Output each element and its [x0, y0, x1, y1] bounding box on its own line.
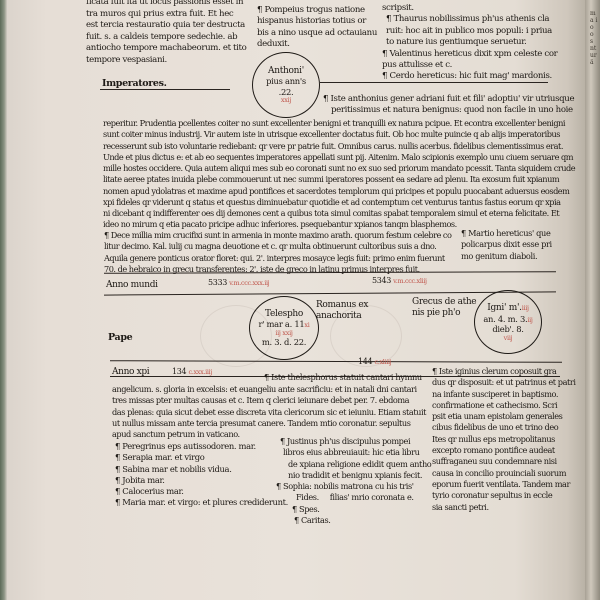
list-item: ¶ Serapia mar. et virgo — [115, 452, 288, 463]
year-value: 5333 — [208, 278, 227, 287]
list-item: ¶ Caritas. — [294, 515, 431, 526]
medallion-rubric: xxij — [281, 97, 291, 104]
text-line: ficata fuit ita ut locus passionis esset… — [86, 0, 247, 9]
medallion-rubric: iij — [527, 316, 532, 324]
text-line: deduxit. — [257, 39, 377, 51]
text-line: ruit: hoc ait in publico mos populi: i p… — [386, 26, 557, 37]
marcion-note: ¶ Martio hereticus' que policarpus dixit… — [461, 228, 552, 262]
antoninus-body: reperitur. Prudentia pcellentes coiter n… — [103, 118, 575, 231]
anno-xpi-rule-top — [110, 360, 562, 363]
text-line: ni dicebant q indifferenter oes dij demo… — [103, 208, 575, 219]
text-line: angelicum. s. gloria in excelsis: et eua… — [112, 384, 426, 395]
text-line: ¶ Iste anthonius gener adriani fuit et f… — [323, 94, 574, 105]
pope-medallion-iginius: Igni' m'.iiij an. 4. m. 3.iij dieb'. 8. … — [474, 290, 542, 354]
imperatores-rule-right — [320, 82, 548, 83]
anno-xpi-year-2: 144 c.xliiij — [358, 356, 391, 368]
martyr-list: ¶ Peregrinus eps autissodoren. mar. ¶ Se… — [115, 441, 288, 509]
text-line: de xpiana religione edidit quem antho — [288, 459, 431, 470]
text-line: fuit. s. a caldeis tempore sedechie. ab — [86, 32, 247, 44]
text-line: to nature ius gentiumque seruetur. — [386, 37, 557, 48]
text-line: ¶ Sophia: nobilis matrona cu his tris' — [276, 481, 431, 492]
medallion-rubric: iij — [275, 329, 280, 337]
text-line: nis pie ph'o — [412, 308, 476, 319]
text-line: Unde et pius dictus e: et ab eo sequente… — [103, 152, 575, 163]
text-line: das plenas: quia sicut debet esse discre… — [112, 407, 426, 418]
text-line: ¶ Justinus ph'us discipulus pompei — [280, 436, 431, 447]
medallion-days: m. 3. d. 22. — [262, 337, 306, 348]
iginius-body: ¶ Iste iginius clerum coposuit gra dus q… — [432, 366, 576, 513]
text-line: est tercia restauratio quia ter destruct… — [86, 20, 247, 32]
text-line: libros eius abbreuiauit: hic etia libru — [283, 447, 431, 458]
medallion-name-line: Igni' m'.iiij — [487, 302, 529, 314]
list-item: ¶ Spes. — [292, 504, 431, 515]
list-item: ¶ Maria mar. et virgo: et plures credide… — [115, 497, 288, 508]
medallion-name: Telespho — [265, 309, 303, 320]
medallion-reign: r' mar a. 11 — [258, 319, 304, 329]
telesphorus-origin-note: Romanus ex anachorita — [316, 300, 368, 321]
medallion-title: pius ann's — [266, 76, 306, 87]
text-line: reperitur. Prudentia pcellentes coiter n… — [103, 118, 575, 129]
medallion-rubric: viij — [504, 335, 513, 342]
year-value: 134 — [172, 367, 186, 376]
text-line: xpi fideles qr viderunt q status et ques… — [103, 197, 575, 208]
text-line: 70. de hebraico in grecu transferentes: … — [104, 264, 451, 275]
text-line: anachorita — [316, 311, 368, 322]
text-line: policarpus dixit esse pri — [461, 239, 552, 250]
list-item: ¶ Jobita mar. — [115, 475, 288, 486]
anno-mundi-year-2: 5343 v.m.ccc.xliij — [372, 275, 427, 287]
text-line: nomen apud ydolatras et maxime apud pont… — [103, 186, 575, 197]
justinus-and-sophia: ¶ Justinus ph'us discipulus pompei libro… — [280, 436, 431, 526]
text-line: scripsit. — [382, 3, 557, 14]
pope-medallion-telesphorus: Telespho r' mar a. 11xi iij xxij m. 3. d… — [249, 296, 319, 360]
text-line: na infante susciperet in baptismo. — [432, 389, 576, 400]
emperor-medallion-antoninus: Anthoni' pius ann's .22. xxij — [252, 52, 320, 118]
left-page-edge — [0, 0, 7, 600]
text-line: antiocho tempore machabeorum. et tito — [86, 43, 247, 55]
text-line: eporum fuerit ventilata. Tandem mar — [432, 479, 576, 490]
book-gutter — [585, 0, 600, 600]
year-value: 5343 — [372, 276, 391, 285]
text-line: Grecus de athe — [412, 297, 476, 308]
top-column-2: rome claret. ¶ Pompeius trogus natione h… — [257, 0, 377, 51]
medallion-name: Anthoni' — [268, 66, 304, 77]
year-value: 144 — [358, 357, 372, 366]
text-line: bis a nino usque ad octauianu — [257, 28, 377, 40]
iginius-origin-note: Grecus de athe nis pie ph'o — [412, 297, 476, 318]
medallion-name: Igni' m'. — [487, 303, 522, 313]
anno-mundi-year-1: 5333 v.m.ccc.xxx.iij — [208, 277, 269, 289]
anno-mundi-label: Anno mundi — [106, 280, 158, 291]
text-line: ut nullus missam ante tercia presumat ca… — [112, 418, 426, 429]
facing-page-text-fragment: ma i o o s nt ur ä — [590, 10, 598, 66]
list-item: ¶ Peregrinus eps autissodoren. mar. — [115, 441, 288, 452]
medallion-rubric-line: iij xxij — [275, 330, 292, 337]
medallion-reign-line: an. 4. m. 3.iij — [483, 314, 532, 325]
text-line: ¶ Iste iginius clerum coposuit gra — [432, 366, 576, 377]
text-line: litur decimo. Kal. iulij cu magna deuoti… — [104, 241, 451, 252]
text-line: ¶ Pompeius trogus natione — [257, 5, 377, 17]
text-line: suffraganeu suu condemnare nisi — [432, 456, 576, 467]
top-column-1: ficata fuit ita ut locus passionis esset… — [86, 0, 247, 67]
text-line: tempore vespasiani. — [86, 55, 247, 67]
imperatores-rule-left — [100, 89, 230, 90]
text-line: pus attulisse et c. — [382, 60, 557, 71]
medallion-rubric: xxij — [282, 329, 292, 337]
year-rubric: v.m.ccc.xxx.iij — [229, 279, 269, 287]
list-item: ¶ Sabina mar et nobilis vidua. — [115, 464, 288, 475]
ten-thousand-martyrs-and-aquila: ¶ Dece millia mim crucifixi sunt in arme… — [104, 230, 451, 276]
medallion-rubric: iiij — [522, 304, 529, 312]
text-line: hispanus historias totius or — [257, 16, 377, 28]
text-line: Romanus ex — [316, 300, 368, 311]
section-heading-imperatores: Imperatores. — [102, 78, 167, 89]
text-line: dus qr disposuit: et ut patrinus et patr… — [432, 377, 576, 388]
medallion-rubric: xi — [304, 321, 309, 329]
text-line: recesserunt sub isto voluntarie redieban… — [103, 141, 575, 152]
list-item: ¶ Calocerius mar. — [115, 486, 288, 497]
text-line: peritissimus et natura benignus: quod no… — [331, 105, 574, 116]
text-line: nio tradidit et benignu xpianis fecit. — [288, 470, 431, 481]
text-line: sunt coiter minus industrij. Vir autem i… — [103, 129, 575, 140]
text-line: tyrio coronatur sepultus in eccle — [432, 490, 576, 501]
top-column-3: scripsit. ¶ Thaurus nobilissimus ph'us a… — [382, 3, 557, 83]
text-line: ¶ Thaurus nobilissimus ph'us athenis cla — [386, 14, 557, 25]
text-line: mille hostes occidere. Quia autem aliqui… — [103, 163, 575, 174]
medallion-reign: an. 4. m. 3. — [483, 314, 527, 324]
text-line: sia sancti petri. — [432, 502, 576, 513]
text-line: Fides. filias' mrio coronata e. — [296, 492, 431, 503]
text-line: tres missas pter multas causas et c. Ite… — [112, 395, 426, 406]
year-rubric: v.m.ccc.xliij — [393, 277, 427, 285]
year-rubric: c.xxx.iiij — [188, 368, 212, 376]
text-line: litate aeree ptates inuida plebe commoue… — [103, 174, 575, 185]
text-line: ¶ Martio hereticus' que — [461, 228, 552, 239]
year-rubric: c.xliiij — [374, 358, 391, 366]
text-line: excepto romano pontifice audeat — [432, 445, 576, 456]
text-line: Ites qr nullus eps metropolitanus — [432, 434, 576, 445]
text-line: psit etia unam epistolam generales — [432, 411, 576, 422]
text-line: ¶ Valentinus hereticus dixit xpm celeste… — [382, 49, 557, 60]
document-page: ficata fuit ita ut locus passionis esset… — [0, 0, 585, 600]
telesphorus-body: angelicum. s. gloria in excelsis: et eua… — [112, 384, 426, 440]
pape-label: Pape — [108, 332, 132, 343]
telesphorus-intro: ¶ Iste thelesphorus statuit cantari hymn… — [264, 372, 422, 383]
text-line: ¶ Dece millia mim crucifixi sunt in arme… — [104, 230, 451, 241]
text-line: tra muros qui prius extra fuit. Et hec — [86, 9, 247, 21]
text-line: confirmatione et cathecismo. Scri — [432, 400, 576, 411]
text-line: cibus fidelibus de uno et trino deo — [432, 422, 576, 433]
text-line: mo genitum diaboli. — [461, 251, 552, 262]
antoninus-intro: ¶ Iste anthonius gener adriani fuit et f… — [323, 94, 574, 116]
text-line: causa in concilio prouinciali suorum — [432, 468, 576, 479]
text-line: Aquila genere ponticus orator floret: qu… — [104, 253, 451, 264]
